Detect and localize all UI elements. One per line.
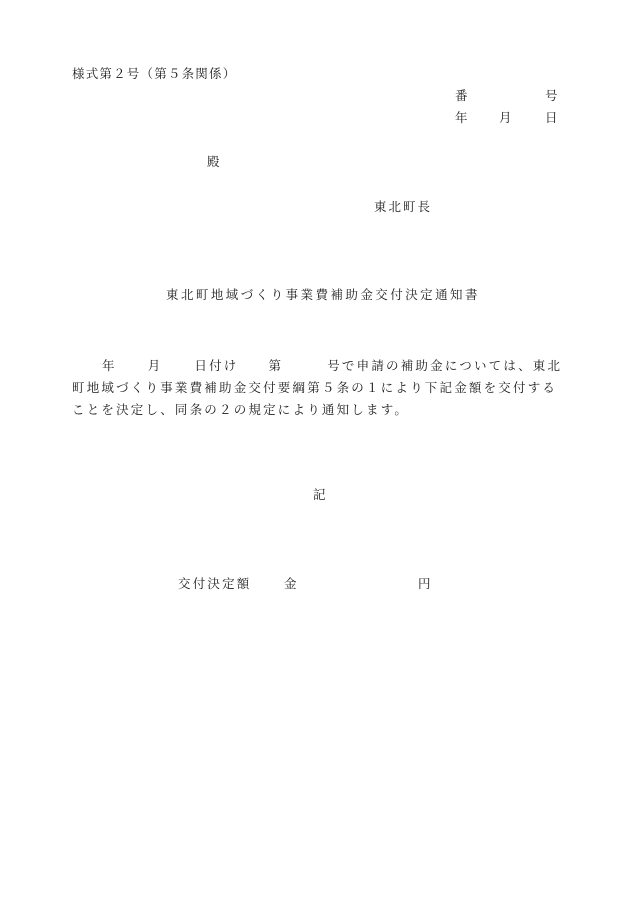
document-number-suffix: 号 <box>545 90 558 103</box>
application-year-label: 年 <box>102 358 117 373</box>
application-number-prefix: 第 <box>269 358 284 373</box>
issuer-name: 東北町長 <box>374 201 432 214</box>
body-line-1-rest: 号で申請の補助金については、東北 <box>327 358 562 373</box>
amount-prefix: 金 <box>284 578 297 591</box>
body-line-3: ことを決定し、同条の２の規定により通知します。 <box>72 399 582 421</box>
addressee-honorific: 殿 <box>207 156 220 169</box>
date-year-label: 年 <box>455 112 468 125</box>
application-month-label: 月 <box>148 358 163 373</box>
grant-amount-label: 交付決定額 <box>178 578 252 591</box>
note-heading: 記 <box>313 489 326 502</box>
body-paragraph: 年月日付け第号で申請の補助金については、東北 町地域づくり事業費補助金交付要綱第… <box>72 355 582 421</box>
body-line-2: 町地域づくり事業費補助金交付要綱第５条の１により下記金額を交付する <box>72 377 582 399</box>
date-month-label: 月 <box>499 112 512 125</box>
date-day-label: 日 <box>545 112 558 125</box>
form-number: 様式第２号（第５条関係） <box>72 68 236 81</box>
body-line-1: 年月日付け第号で申請の補助金については、東北 <box>72 355 582 377</box>
application-day-label: 日付け <box>194 358 238 373</box>
document-number-prefix: 番 <box>455 90 468 103</box>
document-title: 東北町地域づくり事業費補助金交付決定通知書 <box>166 289 480 302</box>
amount-unit: 円 <box>418 578 431 591</box>
